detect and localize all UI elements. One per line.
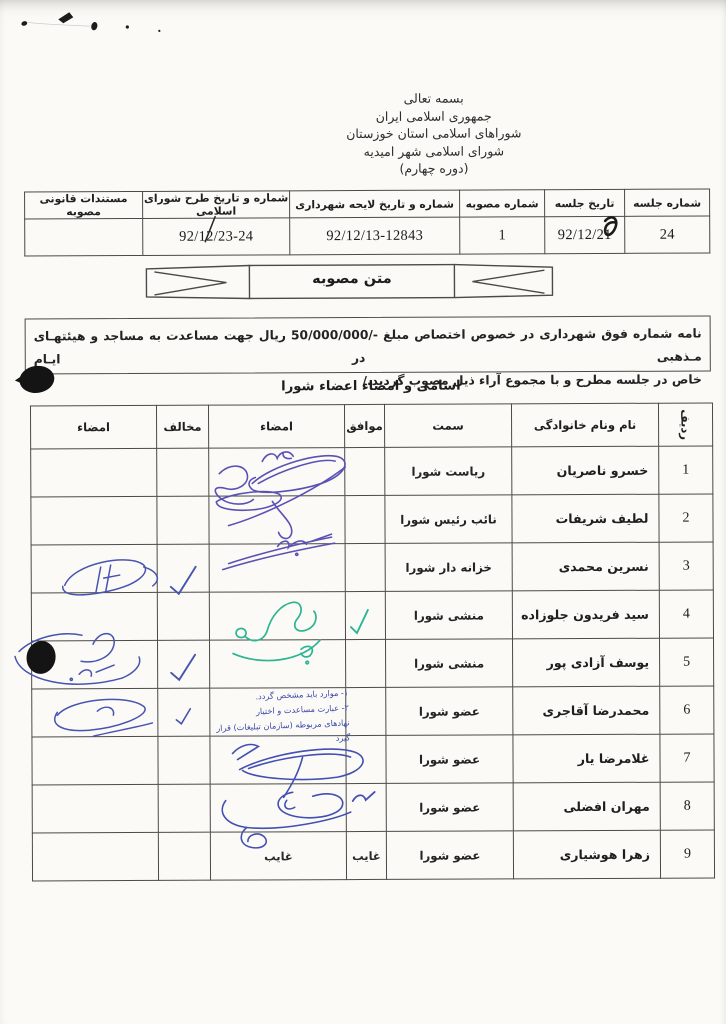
col-full-name: نام ونام خانوادگی (511, 403, 658, 447)
member-row-9: 9 زهرا هوشیاری عضو شورا غایب غایب (32, 830, 714, 881)
session-date-value: 92/12/21 (545, 216, 625, 253)
row-no: 8 (660, 782, 714, 830)
member-name: یوسف آزادی پور (513, 638, 660, 687)
ink-blob-1-tail (15, 376, 22, 383)
member-name: غلامرضا یار (513, 734, 660, 783)
member-row-5: 5 یوسف آزادی پور منشی شورا (32, 638, 714, 689)
session-info-table: شماره جلسه تاریخ جلسه شماره مصوبه شماره … (24, 188, 710, 256)
row-no: 7 (660, 734, 714, 782)
member-row-4: 4 سید فریدون جلوزاده منشی شورا (31, 590, 713, 641)
member-position: منشی شورا (385, 591, 512, 640)
scan-scratch (28, 22, 90, 26)
row-no: 2 (659, 494, 713, 542)
plan-label: شماره و تاریخ طرح شورای اسلامی (143, 191, 290, 219)
member-position: عضو شورا (386, 687, 513, 736)
bill-label: شماره و تاریخ لایحه شهرداری (290, 190, 460, 218)
member-name: لطیف شریفات (512, 494, 659, 543)
col-position: سمت (384, 404, 511, 448)
session-date-label: تاریخ جلسه (545, 189, 625, 216)
absent-mark-agree: غایب (346, 831, 386, 879)
letterhead-line-term: (دوره چهارم) (249, 159, 619, 178)
row-no: 3 (659, 542, 713, 590)
members-section-title: اسامی و امضاء اعضاء شورا (30, 377, 712, 395)
member-row-8: 8 مهران افضلی عضو شورا (32, 782, 714, 833)
resolution-no-label: شماره مصوبه (460, 190, 545, 217)
col-row-no: ردیف (658, 403, 712, 446)
absent-mark-signature: غایب (210, 832, 346, 881)
resolution-ribbon: متن مصوبه (144, 261, 554, 303)
handwritten-note: ۱- موارد باید مشخص گردد. ۲- عبارت مساعدت… (206, 685, 350, 751)
member-name: محمدرضا آقاجری (513, 686, 660, 735)
legal-value (25, 218, 143, 256)
col-oppose: مخالف (156, 405, 208, 448)
row-no: 4 (659, 590, 713, 638)
scan-specks (21, 12, 161, 33)
bill-value: 92/12/13-12843 (290, 217, 460, 255)
row-no: 5 (660, 638, 714, 686)
col-signature-oppose: امضاء (30, 405, 156, 449)
member-row-7: 7 غلامرضا یار عضو شورا (32, 734, 714, 785)
member-position: عضو شورا (386, 831, 513, 880)
member-position: ریاست شورا (385, 447, 512, 496)
member-name: سید فریدون جلوزاده (512, 590, 659, 639)
member-position: نائب رئیس شورا (385, 495, 512, 544)
letterhead: بسمه تعالی جمهوری اسلامی ایران شوراهای ا… (249, 89, 619, 178)
member-row-6: 6 محمدرضا آقاجری عضو شورا (32, 686, 714, 737)
letterhead-line-city: شورای اسلامی شهر امیدیه (249, 141, 619, 160)
member-name: مهران افضلی (513, 782, 660, 831)
handwritten-note-line3: نهادهای مربوطه (سازمان تبلیغات) قرار گیر… (207, 715, 350, 751)
member-name: خسرو ناصریان (512, 446, 659, 495)
member-position: منشی شورا (386, 639, 513, 688)
session-no-label: شماره جلسه (625, 189, 710, 216)
members-table: ردیف نام ونام خانوادگی سمت موافق امضاء م… (30, 402, 715, 881)
letterhead-line-republic: جمهوری اسلامی ایران (249, 106, 619, 125)
resolution-no-value: 1 (460, 217, 545, 254)
letterhead-line-besmele: بسمه تعالی (249, 89, 619, 108)
row-no: 6 (660, 686, 714, 734)
col-agree: موافق (344, 404, 384, 447)
scanned-document-page: بسمه تعالی جمهوری اسلامی ایران شوراهای ا… (0, 0, 726, 1024)
member-position: عضو شورا (386, 783, 513, 832)
resolution-text-box: نامه شماره فوق شهرداری در خصوص اختصاص مب… (25, 315, 711, 374)
ribbon-title: متن مصوبه (249, 271, 454, 288)
member-row-1: 1 خسرو ناصریان ریاست شورا (31, 446, 713, 497)
member-name: نسرین محمدی (512, 542, 659, 591)
row-no: 9 (660, 830, 714, 878)
col-signature-agree: امضاء (208, 405, 344, 449)
info-value-row: 24 92/12/21 1 92/12/13-12843 92/12/23-24 (25, 216, 710, 256)
row-no: 1 (659, 446, 713, 494)
member-name: زهرا هوشیاری (513, 830, 660, 879)
legal-label: مستندات قانونی مصوبه (25, 191, 143, 219)
letterhead-line-province: شوراهای اسلامی استان خوزستان (249, 124, 619, 143)
info-header-row: شماره جلسه تاریخ جلسه شماره مصوبه شماره … (25, 189, 710, 219)
session-no-value: 24 (625, 216, 710, 253)
members-header-row: ردیف نام ونام خانوادگی سمت موافق امضاء م… (30, 403, 712, 449)
member-position: خزانه دار شورا (385, 543, 512, 592)
member-row-3: 3 نسرین محمدی خزانه دار شورا (31, 542, 713, 593)
plan-value: 92/12/23-24 (143, 218, 290, 256)
resolution-line-1: نامه شماره فوق شهرداری در خصوص اختصاص مب… (34, 323, 702, 372)
member-row-2: 2 لطیف شریفات نائب رئیس شورا (31, 494, 713, 545)
member-position: عضو شورا (386, 735, 513, 784)
